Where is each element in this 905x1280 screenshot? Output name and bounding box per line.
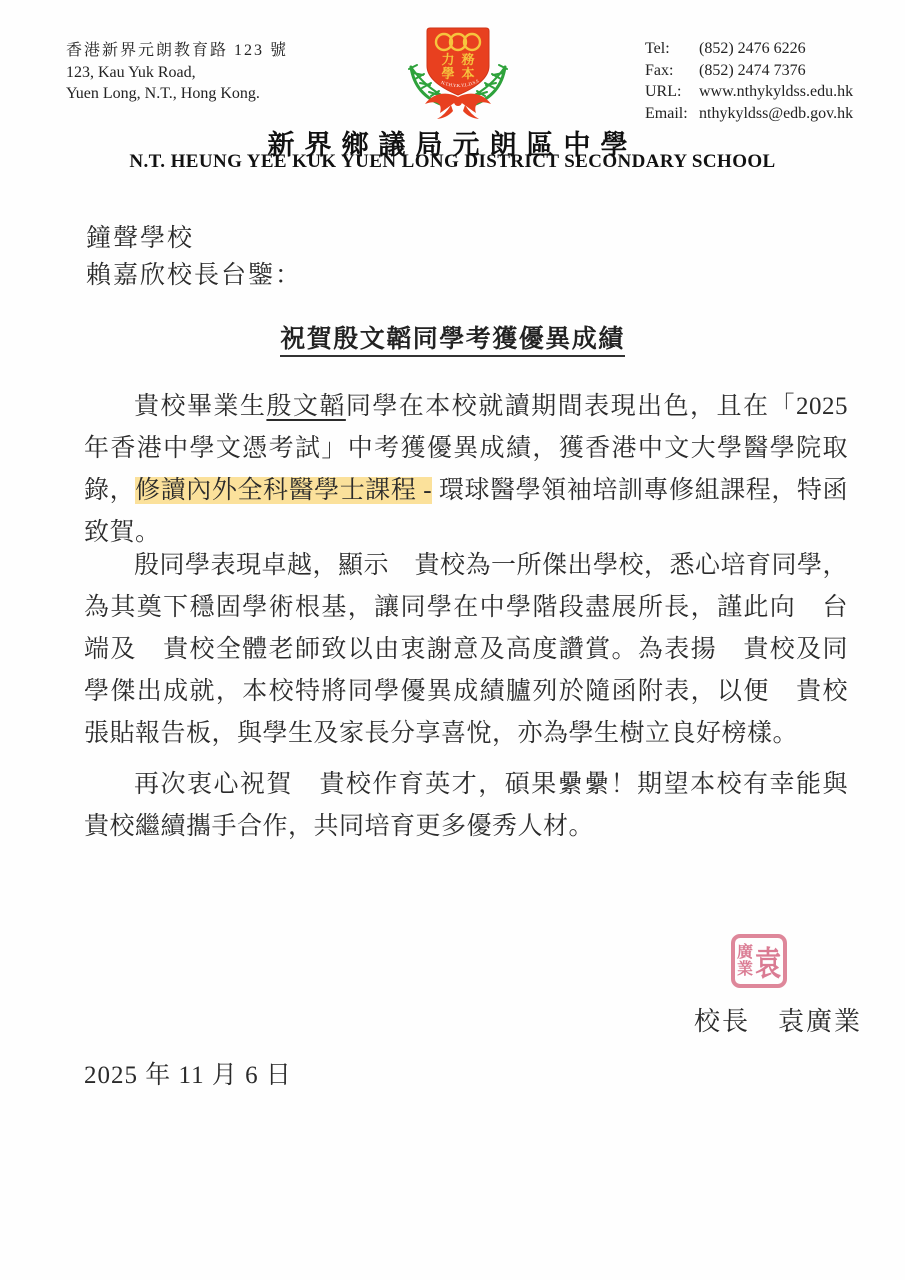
letter-page: 香港新界元朗教育路 123 號 123, Kau Yuk Road, Yuen … <box>0 0 905 1280</box>
svg-text:學: 學 <box>440 66 454 81</box>
paragraph-1: 貴校畢業生殷文韜同學在本校就讀期間表現出色，且在「2025 年香港中學文憑考試」… <box>84 386 848 554</box>
contact-block: Tel: (852) 2476 6226 Fax: (852) 2474 737… <box>645 38 853 124</box>
paragraph-2: 殷同學表現卓越，顯示 貴校為一所傑出學校，悉心培育同學，為其奠下穩固學術根基，讓… <box>84 545 848 755</box>
signature-line: 校長 袁廣業 <box>694 1001 862 1038</box>
svg-text:務: 務 <box>460 52 475 67</box>
email-value: nthykyldss@edb.gov.hk <box>699 103 853 125</box>
seal-char-left-bottom: 業 <box>737 961 753 978</box>
contact-row-url: URL: www.nthykyldss.edu.hk <box>645 81 853 103</box>
seal-char-left-top: 廣 <box>737 944 753 961</box>
recipient-salutation: 賴嘉欣校長台鑒： <box>86 255 302 291</box>
address-line-en2: Yuen Long, N.T., Hong Kong. <box>66 83 288 105</box>
url-label: URL: <box>645 81 699 103</box>
url-value: www.nthykyldss.edu.hk <box>699 81 853 103</box>
highlighted-text: 修讀內外全科醫學士課程 - <box>135 477 432 504</box>
school-address: 香港新界元朗教育路 123 號 123, Kau Yuk Road, Yuen … <box>66 40 288 105</box>
address-line-en1: 123, Kau Yuk Road, <box>66 62 288 84</box>
recipient-school: 鐘聲學校 <box>86 218 194 254</box>
letter-title-text: 祝賀殷文韜同學考獲優異成績 <box>280 326 625 357</box>
contact-row-fax: Fax: (852) 2474 7376 <box>645 60 853 82</box>
underlined-text: 殷文韜 <box>266 393 345 420</box>
body-text: 貴校畢業生 <box>134 393 266 420</box>
fax-label: Fax: <box>645 60 699 82</box>
paragraph-3: 再次衷心祝賀 貴校作育英才，碩果纍纍！期望本校有幸能與 貴校繼續攜手合作，共同培… <box>84 764 848 848</box>
seal-left-column: 廣 業 <box>737 944 753 978</box>
body-text: 殷同學表現卓越，顯示 貴校為一所傑出學校，悉心培育同學，為其奠下穩固學術根基，讓… <box>84 552 848 747</box>
letter-title: 祝賀殷文韜同學考獲優異成績 <box>0 319 905 355</box>
tel-label: Tel: <box>645 38 699 60</box>
email-label: Email: <box>645 103 699 125</box>
tel-value: (852) 2476 6226 <box>699 38 806 60</box>
svg-text:力: 力 <box>441 52 454 67</box>
contact-row-email: Email: nthykyldss@edb.gov.hk <box>645 103 853 125</box>
crest-ribbon <box>425 94 491 119</box>
letter-date: 2025 年 11 月 6 日 <box>84 1055 292 1091</box>
principal-seal-stamp: 廣 業 袁 <box>731 934 787 988</box>
school-crest-logo: 力 務 學 本 N.T.H.Y.K.Y.L.D.S.S <box>401 25 515 129</box>
address-line-cn: 香港新界元朗教育路 123 號 <box>66 40 288 62</box>
school-name-english: N.T. HEUNG YEE KUK YUEN LONG DISTRICT SE… <box>0 151 905 173</box>
body-text: 再次衷心祝賀 貴校作育英才，碩果纍纍！期望本校有幸能與 貴校繼續攜手合作，共同培… <box>84 771 874 840</box>
fax-value: (852) 2474 7376 <box>699 60 806 82</box>
svg-text:本: 本 <box>461 66 474 81</box>
contact-row-tel: Tel: (852) 2476 6226 <box>645 38 853 60</box>
seal-char-right: 袁 <box>755 937 781 985</box>
